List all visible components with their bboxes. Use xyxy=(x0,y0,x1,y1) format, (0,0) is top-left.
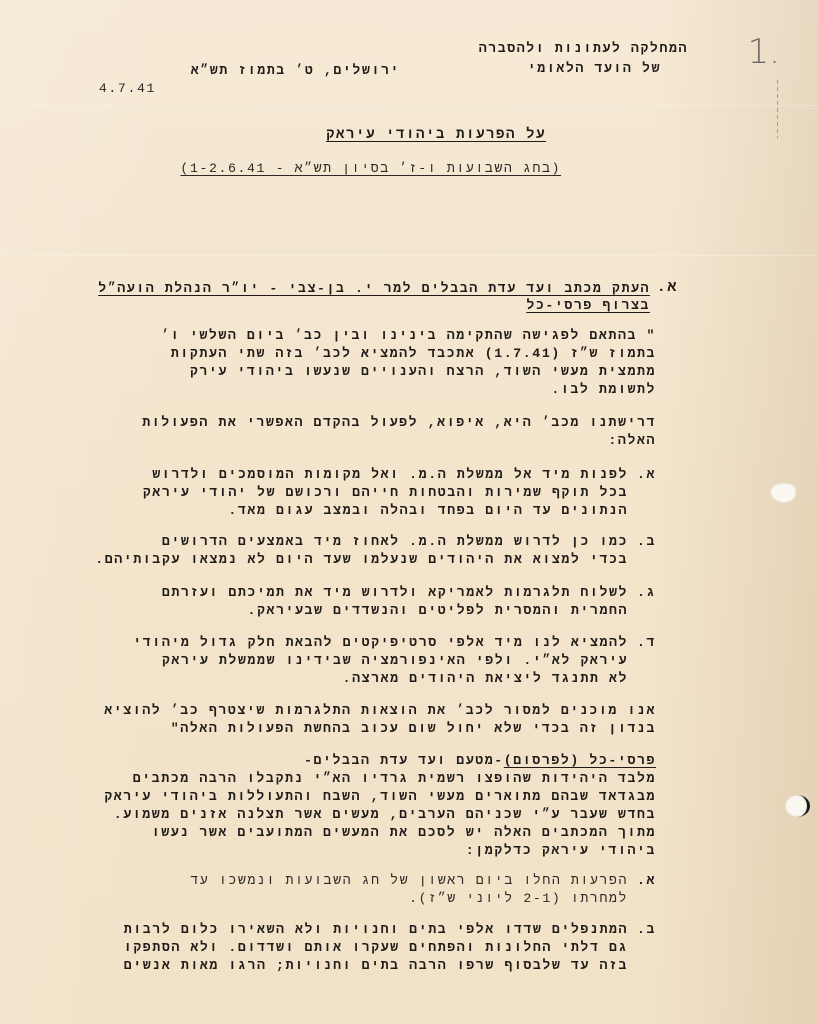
paper-fold xyxy=(0,255,818,256)
press-release-line: ביהודי עיראק כדלקמן: xyxy=(466,842,656,860)
page-number: 1. xyxy=(748,32,780,72)
punch-hole xyxy=(770,483,796,503)
demand-line: להמציא לנו מיד אלפי סרטיפיקטים להבאת חלק… xyxy=(133,634,628,652)
press-release-heading: פרסי-כל (לפרסום)-מטעם ועד עדת הבבלים- xyxy=(304,752,656,770)
press-release-line: מתוך המכתבים האלה יש לסכם את המעשים המתו… xyxy=(152,824,656,842)
demand-line: לפנות מיד אל ממשלת ה.מ. ואל מקומות המוסמ… xyxy=(152,466,628,484)
demand-line: הנתונים עד היום בפחד ובהלה ובמצב עגום מא… xyxy=(228,502,628,520)
press-release-line: מבגדאד שבהם מתוארים מעשי השוד, השבח והתע… xyxy=(104,788,656,806)
press-item-letter: א. xyxy=(637,872,656,890)
quote-line: בתמוז ש״ז (1.7.41) אתכבד להמציא לכב׳ בזה… xyxy=(171,345,656,363)
document-page: המחלקה לעתונות ולהסברה של הועד הלאומי 1.… xyxy=(0,0,818,1024)
demand-letter: ד. xyxy=(637,634,656,652)
demand-line: כמו כן לדרוש ממשלת ה.מ. לאחוז מיד באמצעי… xyxy=(162,533,628,551)
section-heading-continued: בצרוף פרסי-כל xyxy=(526,297,650,315)
demand-letter: א. xyxy=(637,466,656,484)
demand-line: בכדי למצוא את היהודים שנעלמו שעד היום לא… xyxy=(95,551,628,569)
press-release-line: מלבד היהידות שהופצו רשמית גרדיו הא״י נתק… xyxy=(133,770,656,788)
organization-subname: של הועד הלאומי xyxy=(528,60,661,78)
demand-line: החמרית והמסרית לפליטים והנשדדים שבעיראק. xyxy=(247,602,628,620)
demand-line: בכל תוקף שמירות והבטחות חייהם ורכושם של … xyxy=(143,484,628,502)
document-title: על הפרעות ביהודי עיראק xyxy=(326,126,546,144)
press-release-source: -מטעם ועד עדת הבבלים- xyxy=(304,753,504,768)
demand-line: עיראק לא״י. ולפי האינפורמציה שבידינו שממ… xyxy=(162,652,628,670)
date-numeric: 4.7.41 xyxy=(99,80,156,98)
quote-line: האלה: xyxy=(608,432,656,450)
punch-hole xyxy=(785,795,810,817)
demand-letter: ב. xyxy=(637,533,656,551)
press-release-line: בחדש שעבר ע״י שכניהם הערבים, מעשים אשר ת… xyxy=(114,806,656,824)
press-item-line: למחרתו (2-1 ליוני ש״ז). xyxy=(409,890,628,908)
document-subtitle: (בחג השבועות ו-ז׳ בסיון תש״א - 1-2.6.41) xyxy=(180,160,561,178)
press-item-letter: ב. xyxy=(637,921,656,939)
press-item-line: המתנפלים שדדו אלפי בתים וחנויות ולא השאי… xyxy=(124,921,628,939)
quote-closing-line: בנדון זה בכדי שלא יחול שום עכוב בהחשת הפ… xyxy=(171,720,656,738)
date-hebrew: ירושלים, ט׳ בתמוז תש״א xyxy=(191,62,400,80)
organization-name: המחלקה לעתונות ולהסברה xyxy=(479,40,688,58)
quote-line: לתשומת לבו. xyxy=(551,381,656,399)
quote-closing-line: אנו מוכנים למסור לכב׳ את הוצאות התלגרמות… xyxy=(104,702,656,720)
paper-fold xyxy=(0,105,818,106)
demand-line: לא תתנגד ליציאת היהודים מארצה. xyxy=(343,670,628,688)
section-letter: א. xyxy=(657,279,678,297)
quote-line: מתמצית מעשי השוד, הרצח והענויים שנעשו בי… xyxy=(190,363,656,381)
margin-pencil-mark xyxy=(777,80,778,138)
press-item-line: הפרעות החלו ביום ראשון של חג השבועות ונמ… xyxy=(190,872,628,890)
press-item-line: בזה עד שלבסוף שרפו הרבה בתים וחנויות; הר… xyxy=(124,957,628,975)
quote-line: דרישתנו מכב׳ היא, איפוא, לפעול בהקדם האפ… xyxy=(142,414,656,432)
quote-line: " בהתאם לפגישה שהתקימה בינינו ובין כב׳ ב… xyxy=(161,327,656,345)
press-item-line: גם דלתי החלונות והפתחים שעקרו אותם ושדדו… xyxy=(124,939,628,957)
demand-letter: ג. xyxy=(637,584,656,602)
section-heading: העתק מכתב ועד עדת הבבלים למר י. בן-צבי -… xyxy=(98,280,650,298)
press-release-title: פרסי-כל (לפרסום) xyxy=(504,753,656,768)
demand-line: לשלוח תלגרמות לאמריקא ולדרוש מיד את תמיכ… xyxy=(162,584,628,602)
